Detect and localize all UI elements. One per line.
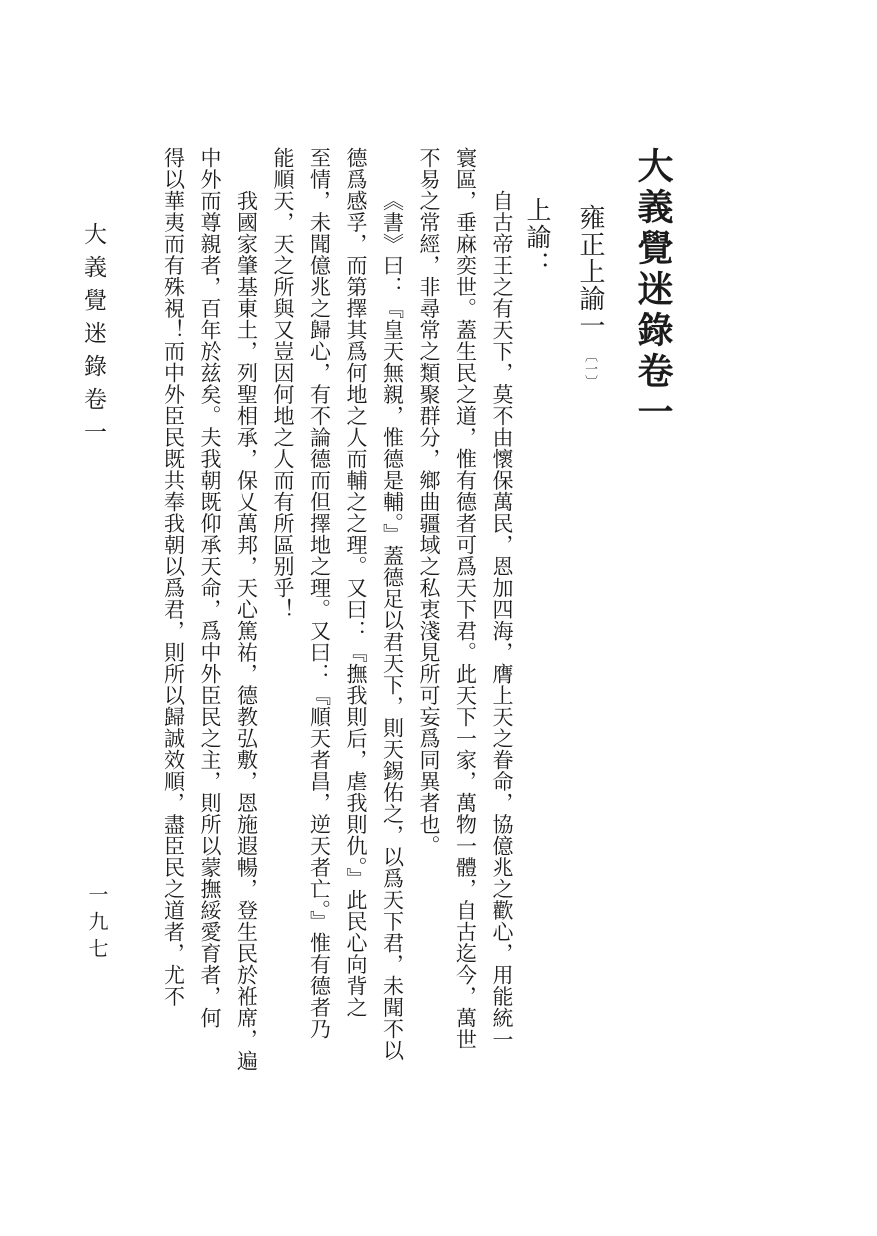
text-column: 自古帝王之有天下，莫不由懷保萬民，恩加四海，膺上天之眷命，協億兆之歡心，用能統一 — [484, 147, 521, 1099]
page-number: 一九七 — [82, 884, 111, 965]
text-column: 德爲感孚，而第擇其爲何地之人而輔之之理。又曰：『撫我則后，虐我則仇。』此民心向背… — [338, 147, 375, 1099]
chapter-heading-text: 雍正上諭一 — [576, 204, 605, 339]
text-column: 至情，未聞億兆之歸心，有不論德而但擇地之理。又曰：『順天者昌，逆天者亡。』惟有德… — [301, 147, 338, 1099]
paragraph: 自古帝王之有天下，莫不由懷保萬民，恩加四海，膺上天之眷命，協億兆之歡心，用能統一… — [411, 147, 521, 1099]
scanned-book-page: 大義覺迷錄卷一 雍正上諭一〔一〕 上諭： 自古帝王之有天下，莫不由懷保萬民，恩加… — [0, 0, 877, 1236]
body-text: 自古帝王之有天下，莫不由懷保萬民，恩加四海，膺上天之眷命，協億兆之歡心，用能統一… — [155, 147, 520, 1099]
text-column: 中外而尊親者，百年於兹矣。夫我朝既仰承天命，爲中外臣民之主，則所以蒙撫綏愛育者，… — [192, 147, 229, 1099]
chapter-heading: 雍正上諭一〔一〕 — [572, 147, 608, 1099]
text-column: 不易之常經，非尋常之類聚群分，鄉曲疆域之私衷淺見所可妄爲同異者也。 — [411, 147, 448, 1099]
edict-label: 上諭： — [520, 147, 552, 1099]
text-column: 《書》曰：『皇天無親，惟德是輔。』蓋德足以君天下，則天錫佑之，以爲天下君，未聞不… — [374, 147, 411, 1099]
text-column: 我國家肇基東土，列聖相承，保乂萬邦，天心篤祐，德教弘敷，恩施遐暢，登生民於袵席，… — [228, 147, 265, 1099]
text-column: 得以華夷而有殊視！而中外臣民既共奉我朝以爲君，則所以歸誠效順，盡臣民之道者，尤不 — [155, 147, 192, 1099]
page-content: 大義覺迷錄卷一 雍正上諭一〔一〕 上諭： 自古帝王之有天下，莫不由懷保萬民，恩加… — [155, 147, 742, 1099]
text-column: 寰區，垂麻奕世。蓋生民之道，惟有德者可爲天下君。此天下一家，萬物一體，自古迄今，… — [447, 147, 484, 1099]
volume-title: 大義覺迷錄卷一 — [630, 147, 676, 1099]
paragraph: 我國家肇基東土，列聖相承，保乂萬邦，天心篤祐，德教弘敷，恩施遐暢，登生民於袵席，… — [155, 147, 265, 1099]
paragraph: 《書》曰：『皇天無親，惟德是輔。』蓋德足以君天下，則天錫佑之，以爲天下君，未聞不… — [265, 147, 411, 1099]
running-title: 大義覺迷錄卷一 — [77, 222, 110, 453]
text-column: 能順天，天之所與又豈因何地之人而有所區别乎！ — [265, 147, 302, 1099]
heading-footnote-marker: 〔一〕 — [583, 339, 598, 388]
